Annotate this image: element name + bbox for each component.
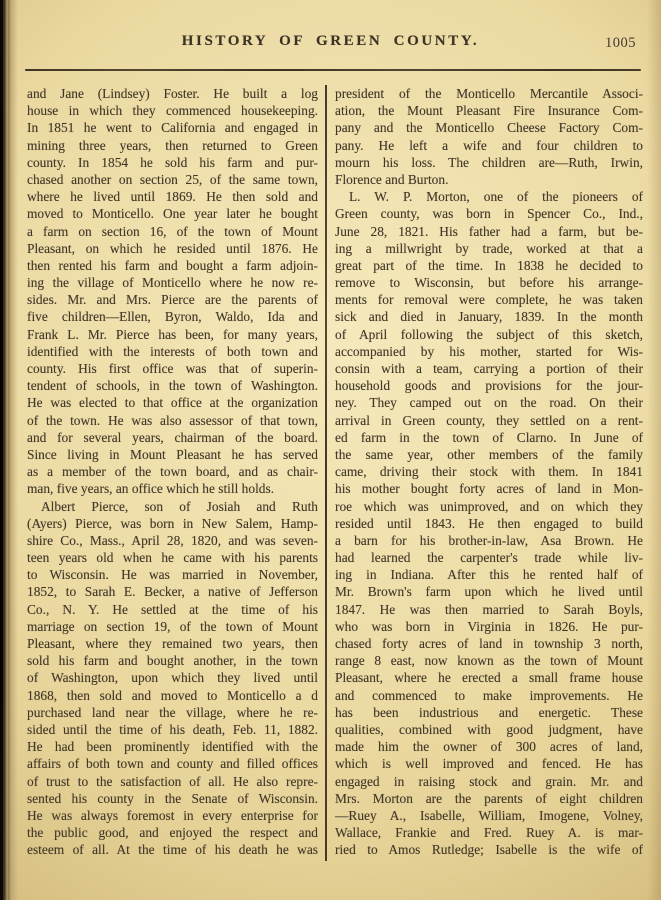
text-line: moved to Monticello. One year later he b…: [27, 205, 318, 222]
text-line: ed farm in the town of Clarno. In June o…: [335, 429, 643, 446]
text-line: five children—Ellen, Byron, Waldo, Ida a…: [27, 308, 318, 325]
text-line: his mother bought forty acres of land in…: [335, 480, 643, 497]
text-line: —Ruey A., Isabelle, William, Imogene, Vo…: [335, 807, 643, 824]
text-line: roe which was unimproved, and on which t…: [335, 498, 643, 515]
text-line: consin with a team, carrying a portion o…: [335, 360, 643, 377]
text-line: and for several years, chairman of the b…: [27, 429, 318, 446]
text-line: had learned the carpenter's trade while …: [335, 549, 643, 566]
text-line: man, five years, an office which he stil…: [27, 480, 318, 497]
text-line: resided until 1843. He then engaged to b…: [335, 515, 643, 532]
text-line: June 28, 1821. His father had a farm, bu…: [335, 223, 643, 240]
text-line: ing the village of Monticello where he n…: [27, 274, 318, 291]
text-line: tendent of schools, in the town of Washi…: [27, 377, 318, 394]
text-line: remove to Wisconsin, but before his arra…: [335, 274, 643, 291]
text-line: Green county, was born in Spencer Co., I…: [335, 205, 643, 222]
text-line: Pleasant, where they remained two years,…: [27, 635, 318, 652]
text-line: of trust to the satisfaction of all. He …: [27, 773, 318, 790]
text-line: sold his farm and bought another, in the…: [27, 652, 318, 669]
text-line: has been industrious and energetic. Thes…: [335, 704, 643, 721]
text-line: Florence and Burton.: [335, 171, 643, 188]
text-line: 1852, to Sarah E. Becker, a native of Je…: [27, 583, 318, 600]
text-line: great part of the time. In 1838 he decid…: [335, 257, 643, 274]
text-line: county. In 1854 he sold his farm and pur…: [27, 154, 318, 171]
text-line: In 1851 he went to California and engage…: [27, 119, 318, 136]
text-line: chased another on section 25, of the sam…: [27, 171, 318, 188]
text-line: mining three years, then returned to Gre…: [27, 137, 318, 154]
text-line: ments for removal were complete, he was …: [335, 291, 643, 308]
text-line: chased forty acres of land in township 3…: [335, 635, 643, 652]
text-line: of Washington, upon which they lived unt…: [27, 669, 318, 686]
text-line: Albert Pierce, son of Josiah and Ruth: [27, 498, 318, 515]
text-line: president of the Monticello Mercantile A…: [335, 85, 643, 102]
text-line: came, driving their stock with them. In …: [335, 463, 643, 480]
text-line: pany. He left a wife and four children t…: [335, 137, 643, 154]
column-divider: [325, 85, 327, 861]
header-rule: [25, 69, 641, 71]
text-line: He was elected to that office at the org…: [27, 394, 318, 411]
text-line: He had been prominently identified with …: [27, 738, 318, 755]
text-line: Since living in Mount Pleasant he has se…: [27, 446, 318, 463]
binding-edge: [0, 0, 18, 900]
text-line: which is well improved and fenced. He ha…: [335, 755, 643, 772]
text-line: household goods and provisions for the j…: [335, 377, 643, 394]
text-line: Pleasant, on which he resided until 1876…: [27, 240, 318, 257]
text-line: affairs of both town and county and fill…: [27, 755, 318, 772]
text-line: of the town. He was also assessor of tha…: [27, 412, 318, 429]
text-line: esteem of all. At the time of his death …: [27, 841, 318, 858]
text-line: and commenced to make improvements. He: [335, 687, 643, 704]
text-line: ney. They camped out on the road. On the…: [335, 394, 643, 411]
text-line: a farm on section 16, of the town of Mou…: [27, 223, 318, 240]
text-line: ation, the Mount Pleasant Fire Insurance…: [335, 102, 643, 119]
page-right-edge: [647, 0, 661, 900]
right-column: president of the Monticello Mercantile A…: [335, 85, 643, 861]
text-line: made him the owner of 300 acres of land,: [335, 738, 643, 755]
left-column: and Jane (Lindsey) Foster. He built a lo…: [27, 85, 318, 861]
text-line: He was always foremost in every enterpri…: [27, 807, 318, 824]
text-line: a barn for his brother-in-law, Asa Brown…: [335, 532, 643, 549]
text-line: the same year, other members of the fami…: [335, 446, 643, 463]
text-line: 1868, then sold and moved to Monticello …: [27, 687, 318, 704]
text-line: Frank L. Mr. Pierce has been, for many y…: [27, 326, 318, 343]
text-line: teen years old when he came with his par…: [27, 549, 318, 566]
text-line: arrival in Green county, they settled on…: [335, 412, 643, 429]
text-line: engaged in raising stock and grain. Mr. …: [335, 773, 643, 790]
text-line: range 8 east, now known as the town of M…: [335, 652, 643, 669]
text-line: shire Co., Mass., April 28, 1820, and wa…: [27, 532, 318, 549]
text-line: qualities, combined with good judgment, …: [335, 721, 643, 738]
text-line: ing in Indiana. After this he rented hal…: [335, 566, 643, 583]
text-line: and Jane (Lindsey) Foster. He built a lo…: [27, 85, 318, 102]
text-line: purchased land near the village, where h…: [27, 704, 318, 721]
text-line: of April following the subject of this s…: [335, 326, 643, 343]
page-header-title: HISTORY OF GREEN COUNTY.: [0, 33, 661, 50]
book-page: HISTORY OF GREEN COUNTY. 1005 and Jane (…: [0, 0, 661, 900]
text-line: sided until the time of his death, Feb. …: [27, 721, 318, 738]
text-line: ried to Amos Rutledge; Isabelle is the w…: [335, 841, 643, 858]
text-line: (Ayers) Pierce, was born in New Salem, H…: [27, 515, 318, 532]
text-line: Wallace, Frankie and Fred. Ruey A. is ma…: [335, 824, 643, 841]
text-line: sick and died in January, 1839. In the m…: [335, 308, 643, 325]
text-line: Mr. Brown's farm upon which he lived unt…: [335, 583, 643, 600]
text-line: 1847. He was then married to Sarah Boyls…: [335, 601, 643, 618]
text-line: sides. Mr. and Mrs. Pierce are the paren…: [27, 291, 318, 308]
page-number: 1005: [605, 35, 636, 52]
text-line: Mrs. Morton are the parents of eight chi…: [335, 790, 643, 807]
text-line: sented his county in the Senate of Wisco…: [27, 790, 318, 807]
text-line: house in which they commenced housekeepi…: [27, 102, 318, 119]
text-line: where he lived until 1869. He then sold …: [27, 188, 318, 205]
text-line: identified with the interests of both to…: [27, 343, 318, 360]
text-line: then rented his farm and bought a farm a…: [27, 257, 318, 274]
text-line: L. W. P. Morton, one of the pioneers of: [335, 188, 643, 205]
text-line: marriage on section 19, of the town of M…: [27, 618, 318, 635]
text-line: the public good, and enjoyed the respect…: [27, 824, 318, 841]
text-line: pany and the Monticello Cheese Factory C…: [335, 119, 643, 136]
page-header: HISTORY OF GREEN COUNTY. 1005: [0, 33, 661, 55]
text-line: Co., N. Y. He settled at the time of his: [27, 601, 318, 618]
text-line: accompanied by his mother, started for W…: [335, 343, 643, 360]
text-line: who was born in Virginia in 1826. He pur…: [335, 618, 643, 635]
text-line: ing a millwright by trade, worked at tha…: [335, 240, 643, 257]
page-body: and Jane (Lindsey) Foster. He built a lo…: [27, 85, 643, 861]
text-line: as a member of the town board, and as ch…: [27, 463, 318, 480]
text-line: mourn his loss. The children are—Ruth, I…: [335, 154, 643, 171]
text-line: Pleasant, where he erected a small frame…: [335, 669, 643, 686]
text-line: county. His first office was that of sup…: [27, 360, 318, 377]
text-line: to Wisconsin. He was married in November…: [27, 566, 318, 583]
